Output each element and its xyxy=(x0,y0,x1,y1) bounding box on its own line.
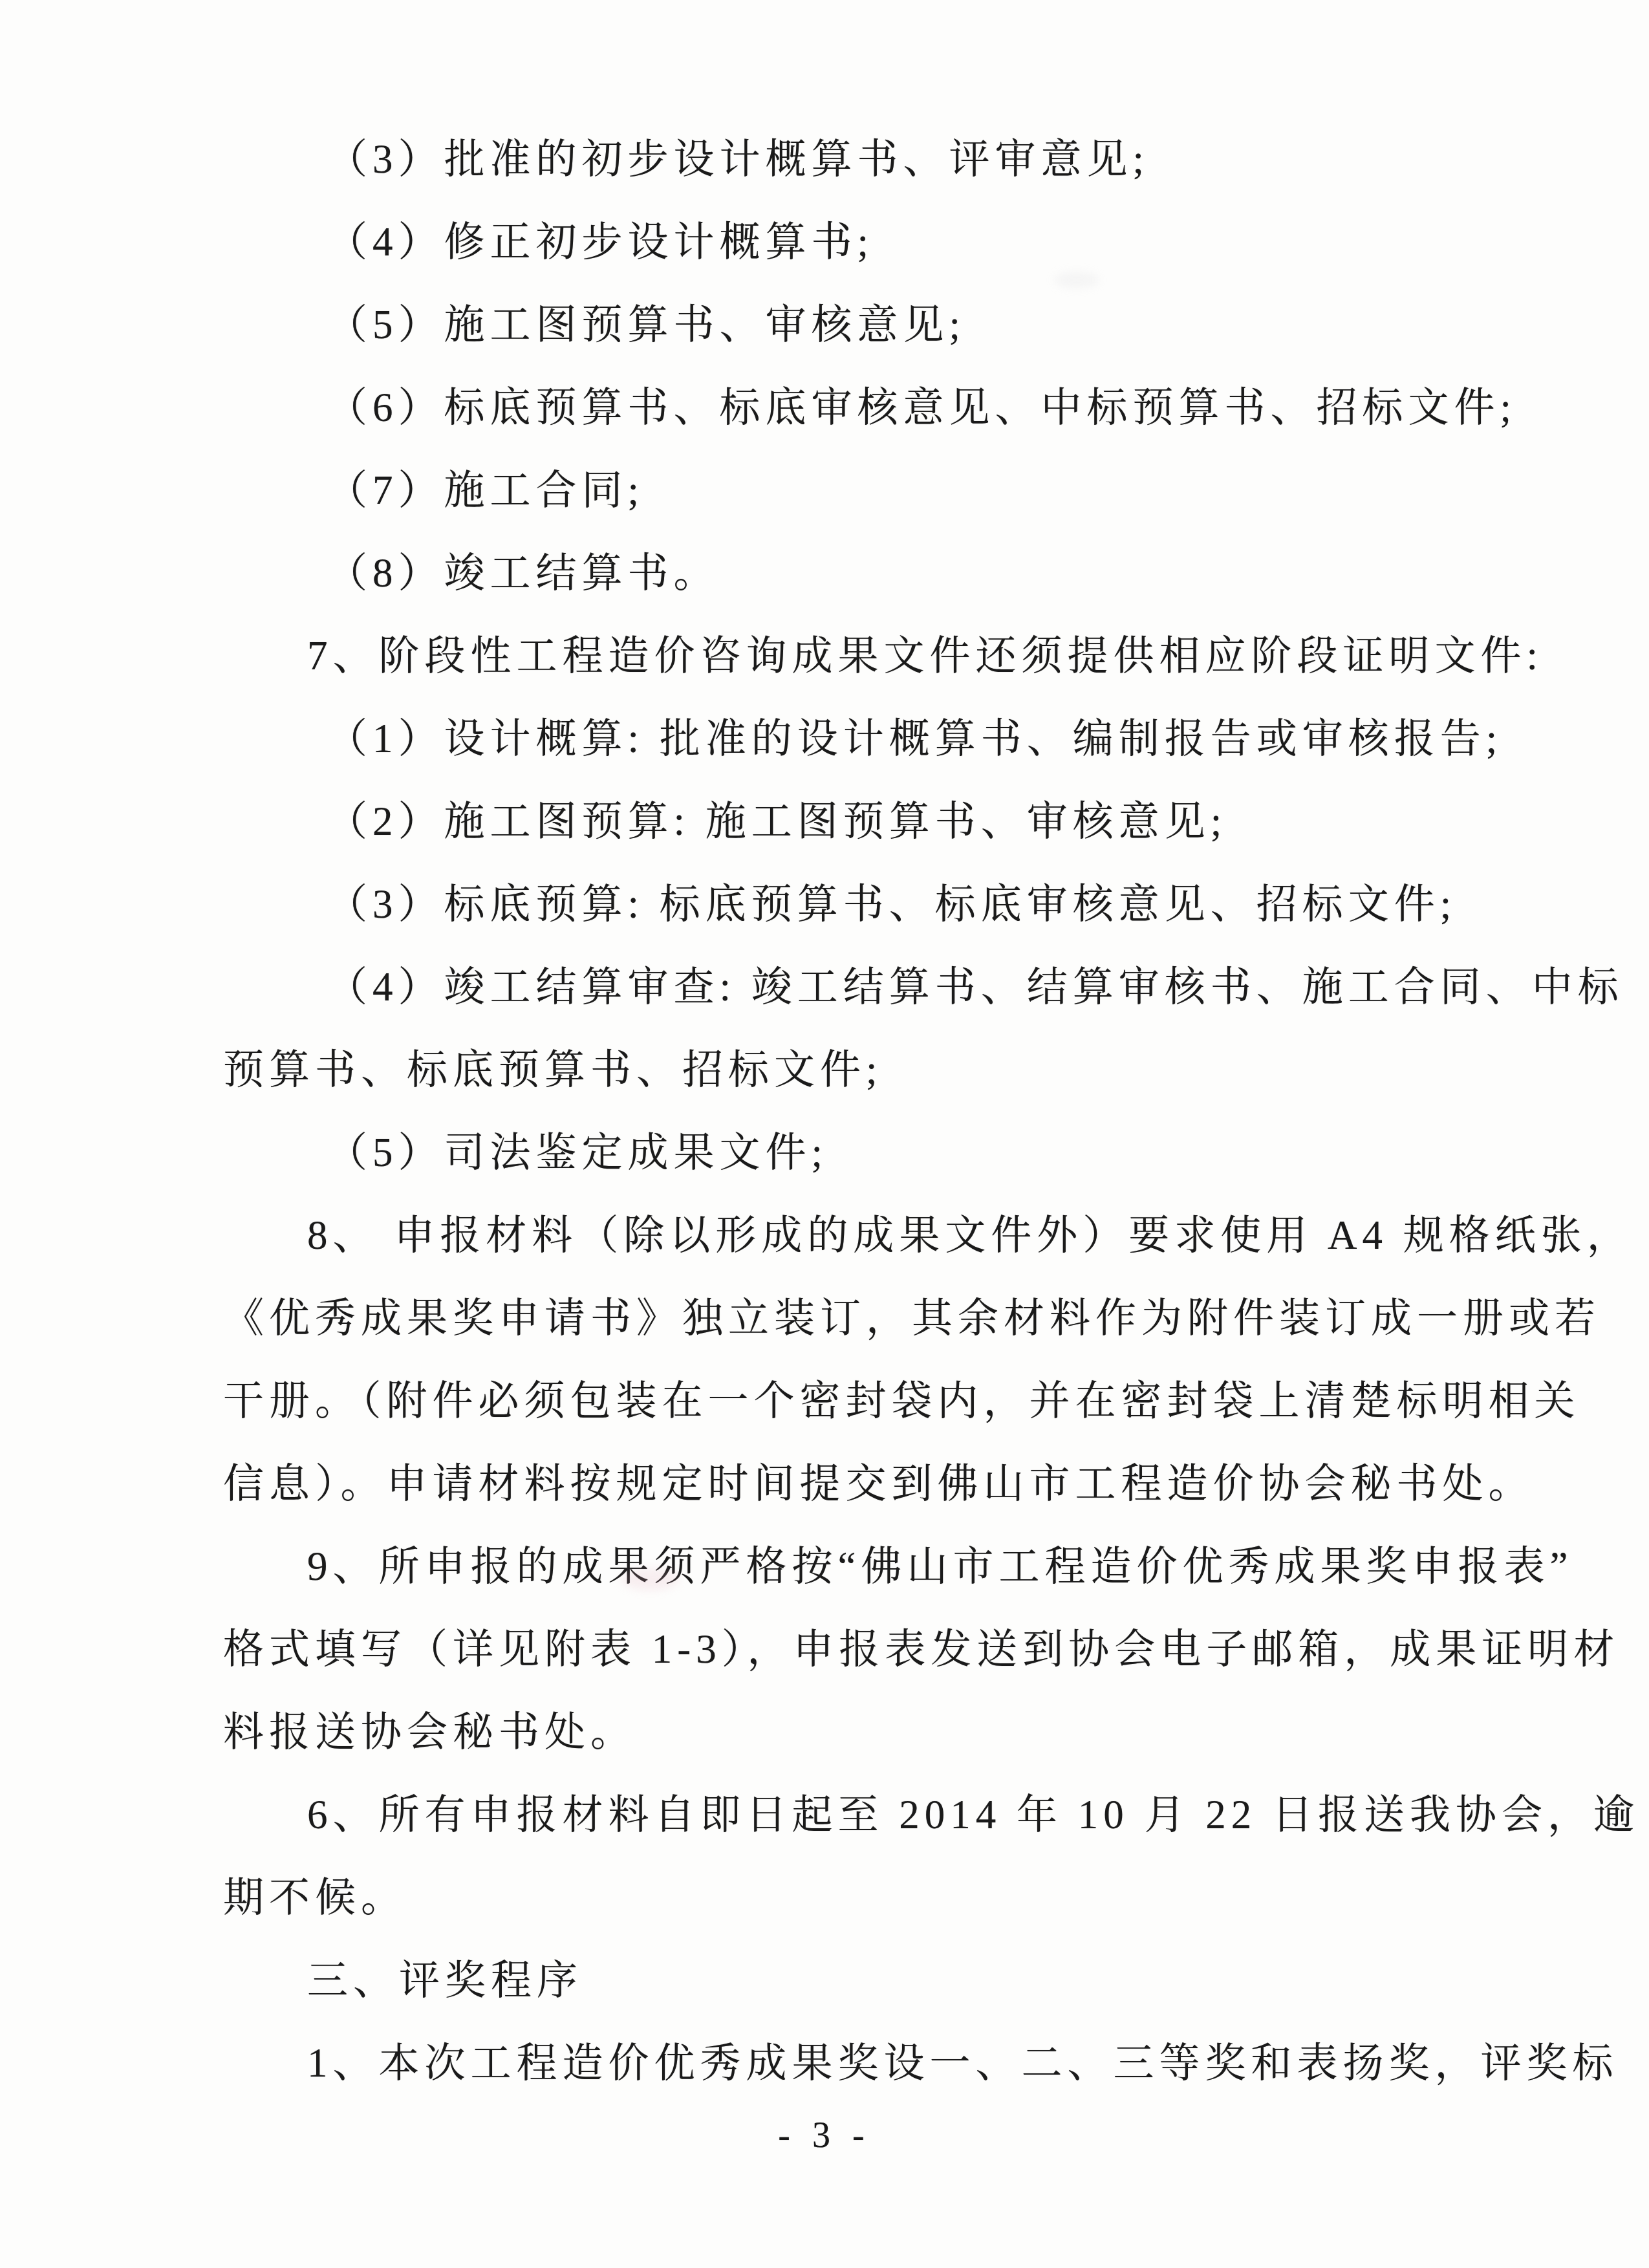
text-line: （7）施工合同; xyxy=(223,449,1575,532)
text-line: （8）竣工结算书。 xyxy=(223,532,1575,614)
text-line: 预算书、标底预算书、招标文件; xyxy=(223,1028,1575,1111)
text-line: 《优秀成果奖申请书》独立装订，其余材料作为附件装订成一册或若 xyxy=(223,1277,1575,1359)
text-line: 7、阶段性工程造价咨询成果文件还须提供相应阶段证明文件: xyxy=(223,614,1575,697)
page-number: - 3 - xyxy=(0,2115,1649,2156)
text-line: （3）批准的初步设计概算书、评审意见; xyxy=(223,118,1575,200)
text-line: 干册。（附件必须包装在一个密封袋内，并在密封袋上清楚标明相关 xyxy=(223,1359,1575,1442)
text-line: （3）标底预算: 标底预算书、标底审核意见、招标文件; xyxy=(223,863,1575,945)
text-line: （1）设计概算: 批准的设计概算书、编制报告或审核报告; xyxy=(223,697,1575,780)
text-line: 8、 申报材料（除以形成的成果文件外）要求使用 A4 规格纸张， xyxy=(223,1194,1575,1277)
text-line: 信息）。申请材料按规定时间提交到佛山市工程造价协会秘书处。 xyxy=(223,1442,1575,1525)
text-line: 期不候。 xyxy=(223,1856,1575,1939)
text-line: 6、所有申报材料自即日起至 2014 年 10 月 22 日报送我协会，逾 xyxy=(223,1773,1575,1856)
text-line: 1、本次工程造价优秀成果奖设一、二、三等奖和表扬奖，评奖标 xyxy=(223,2022,1575,2104)
document-page: （3）批准的初步设计概算书、评审意见;（4）修正初步设计概算书;（5）施工图预算… xyxy=(0,0,1649,2268)
text-line: （4）竣工结算审查: 竣工结算书、结算审核书、施工合同、中标 xyxy=(223,945,1575,1028)
text-line: 9、所申报的成果须严格按“佛山市工程造价优秀成果奖申报表” xyxy=(223,1525,1575,1608)
document-body: （3）批准的初步设计概算书、评审意见;（4）修正初步设计概算书;（5）施工图预算… xyxy=(223,118,1575,2104)
text-line: （5）司法鉴定成果文件; xyxy=(223,1111,1575,1194)
text-line: （4）修正初步设计概算书; xyxy=(223,200,1575,283)
text-line: （6）标底预算书、标底审核意见、中标预算书、招标文件; xyxy=(223,366,1575,449)
text-line: 三、评奖程序 xyxy=(223,1939,1575,2022)
text-line: （5）施工图预算书、审核意见; xyxy=(223,283,1575,366)
text-line: 料报送协会秘书处。 xyxy=(223,1690,1575,1773)
text-line: （2）施工图预算: 施工图预算书、审核意见; xyxy=(223,780,1575,863)
text-line: 格式填写（详见附表 1-3），申报表发送到协会电子邮箱，成果证明材 xyxy=(223,1608,1575,1690)
